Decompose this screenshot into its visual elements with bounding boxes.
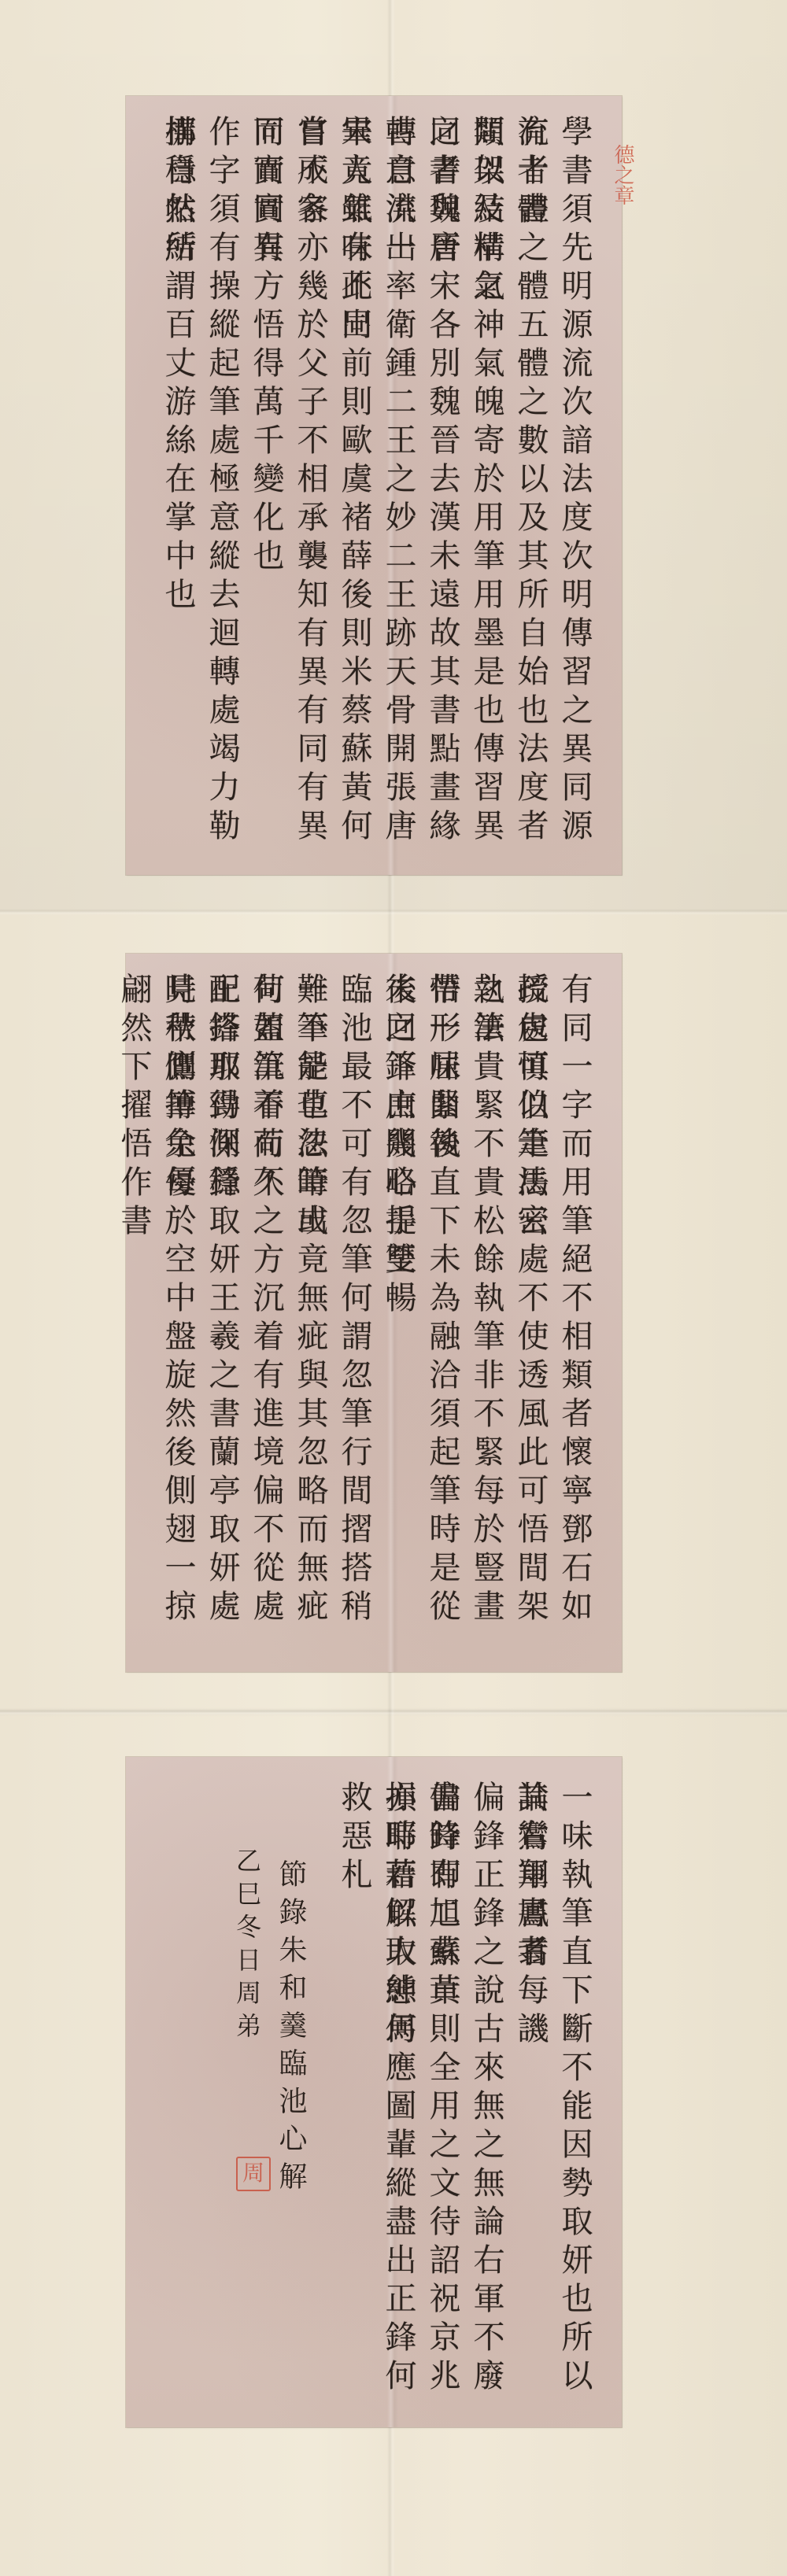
text-columns: 學書須先明源流次諳法度次明傳習之異同源流者書 有十體之體五體之數以及其所自始也法… xyxy=(156,115,597,859)
inscription-date-signature: 乙巳冬日周弟 xyxy=(228,1847,266,2046)
artist-seal: 周 xyxy=(236,2157,271,2191)
horizontal-fold-crease xyxy=(0,909,787,915)
text-column: 執筆貴緊不貴松餘執筆非不緊每於豎畫帶形屈曲後 xyxy=(464,972,508,1656)
calligraphy-panel-top: 德之章 學書須先明源流次諳法度次明傳習之異同源流者書 有十體之體五體之數以及其所… xyxy=(126,96,622,875)
text-column: 一味執筆直下斷不能因勢取妍也所以論右軍書者每譏 xyxy=(552,1781,597,2412)
text-column: 作字須有操縱起筆處極意縱去迴轉處竭力勒挪自然結 xyxy=(200,115,244,859)
horizontal-fold-crease xyxy=(0,1709,787,1715)
collector-seal: 德之章 xyxy=(612,134,633,216)
inscription-title: 節錄朱和羹臨池心解 xyxy=(272,1859,309,2199)
text-column: 有同一字而用筆絕不相類者懷寧鄧石如授包慎伯筆法云 xyxy=(552,972,597,1656)
text-column: 臨池最不可有忽筆何謂忽筆行間摺搭稍難不能草法時出 xyxy=(332,972,376,1656)
text-column: 偏鋒正鋒之說古來無之無論右軍不廢偏鋒即旭素草 xyxy=(464,1781,508,2412)
text-columns: 一味執筆直下斷不能因勢取妍也所以論右軍書者每譏 其鸞翔鳳翥 偏鋒正鋒之說古來無之… xyxy=(376,1781,597,2412)
text-column: 學書須先明源流次諳法度次明傳習之異同源流者書 xyxy=(552,115,597,859)
calligraphy-panel-middle: 有同一字而用筆絕不相類者懷寧鄧石如授包慎伯筆法云 疏處可以走馬密處不使透風此可悟… xyxy=(126,954,622,1672)
calligraphy-panel-bottom: 一味執筆直下斷不能因勢取妍也所以論右軍書者每譏 其鸞翔鳳翥 偏鋒正鋒之說古來無之… xyxy=(126,1757,622,2427)
text-columns: 有同一字而用筆絕不相類者懷寧鄧石如授包慎伯筆法云 疏處可以走馬密處不使透風此可悟… xyxy=(156,972,597,1656)
